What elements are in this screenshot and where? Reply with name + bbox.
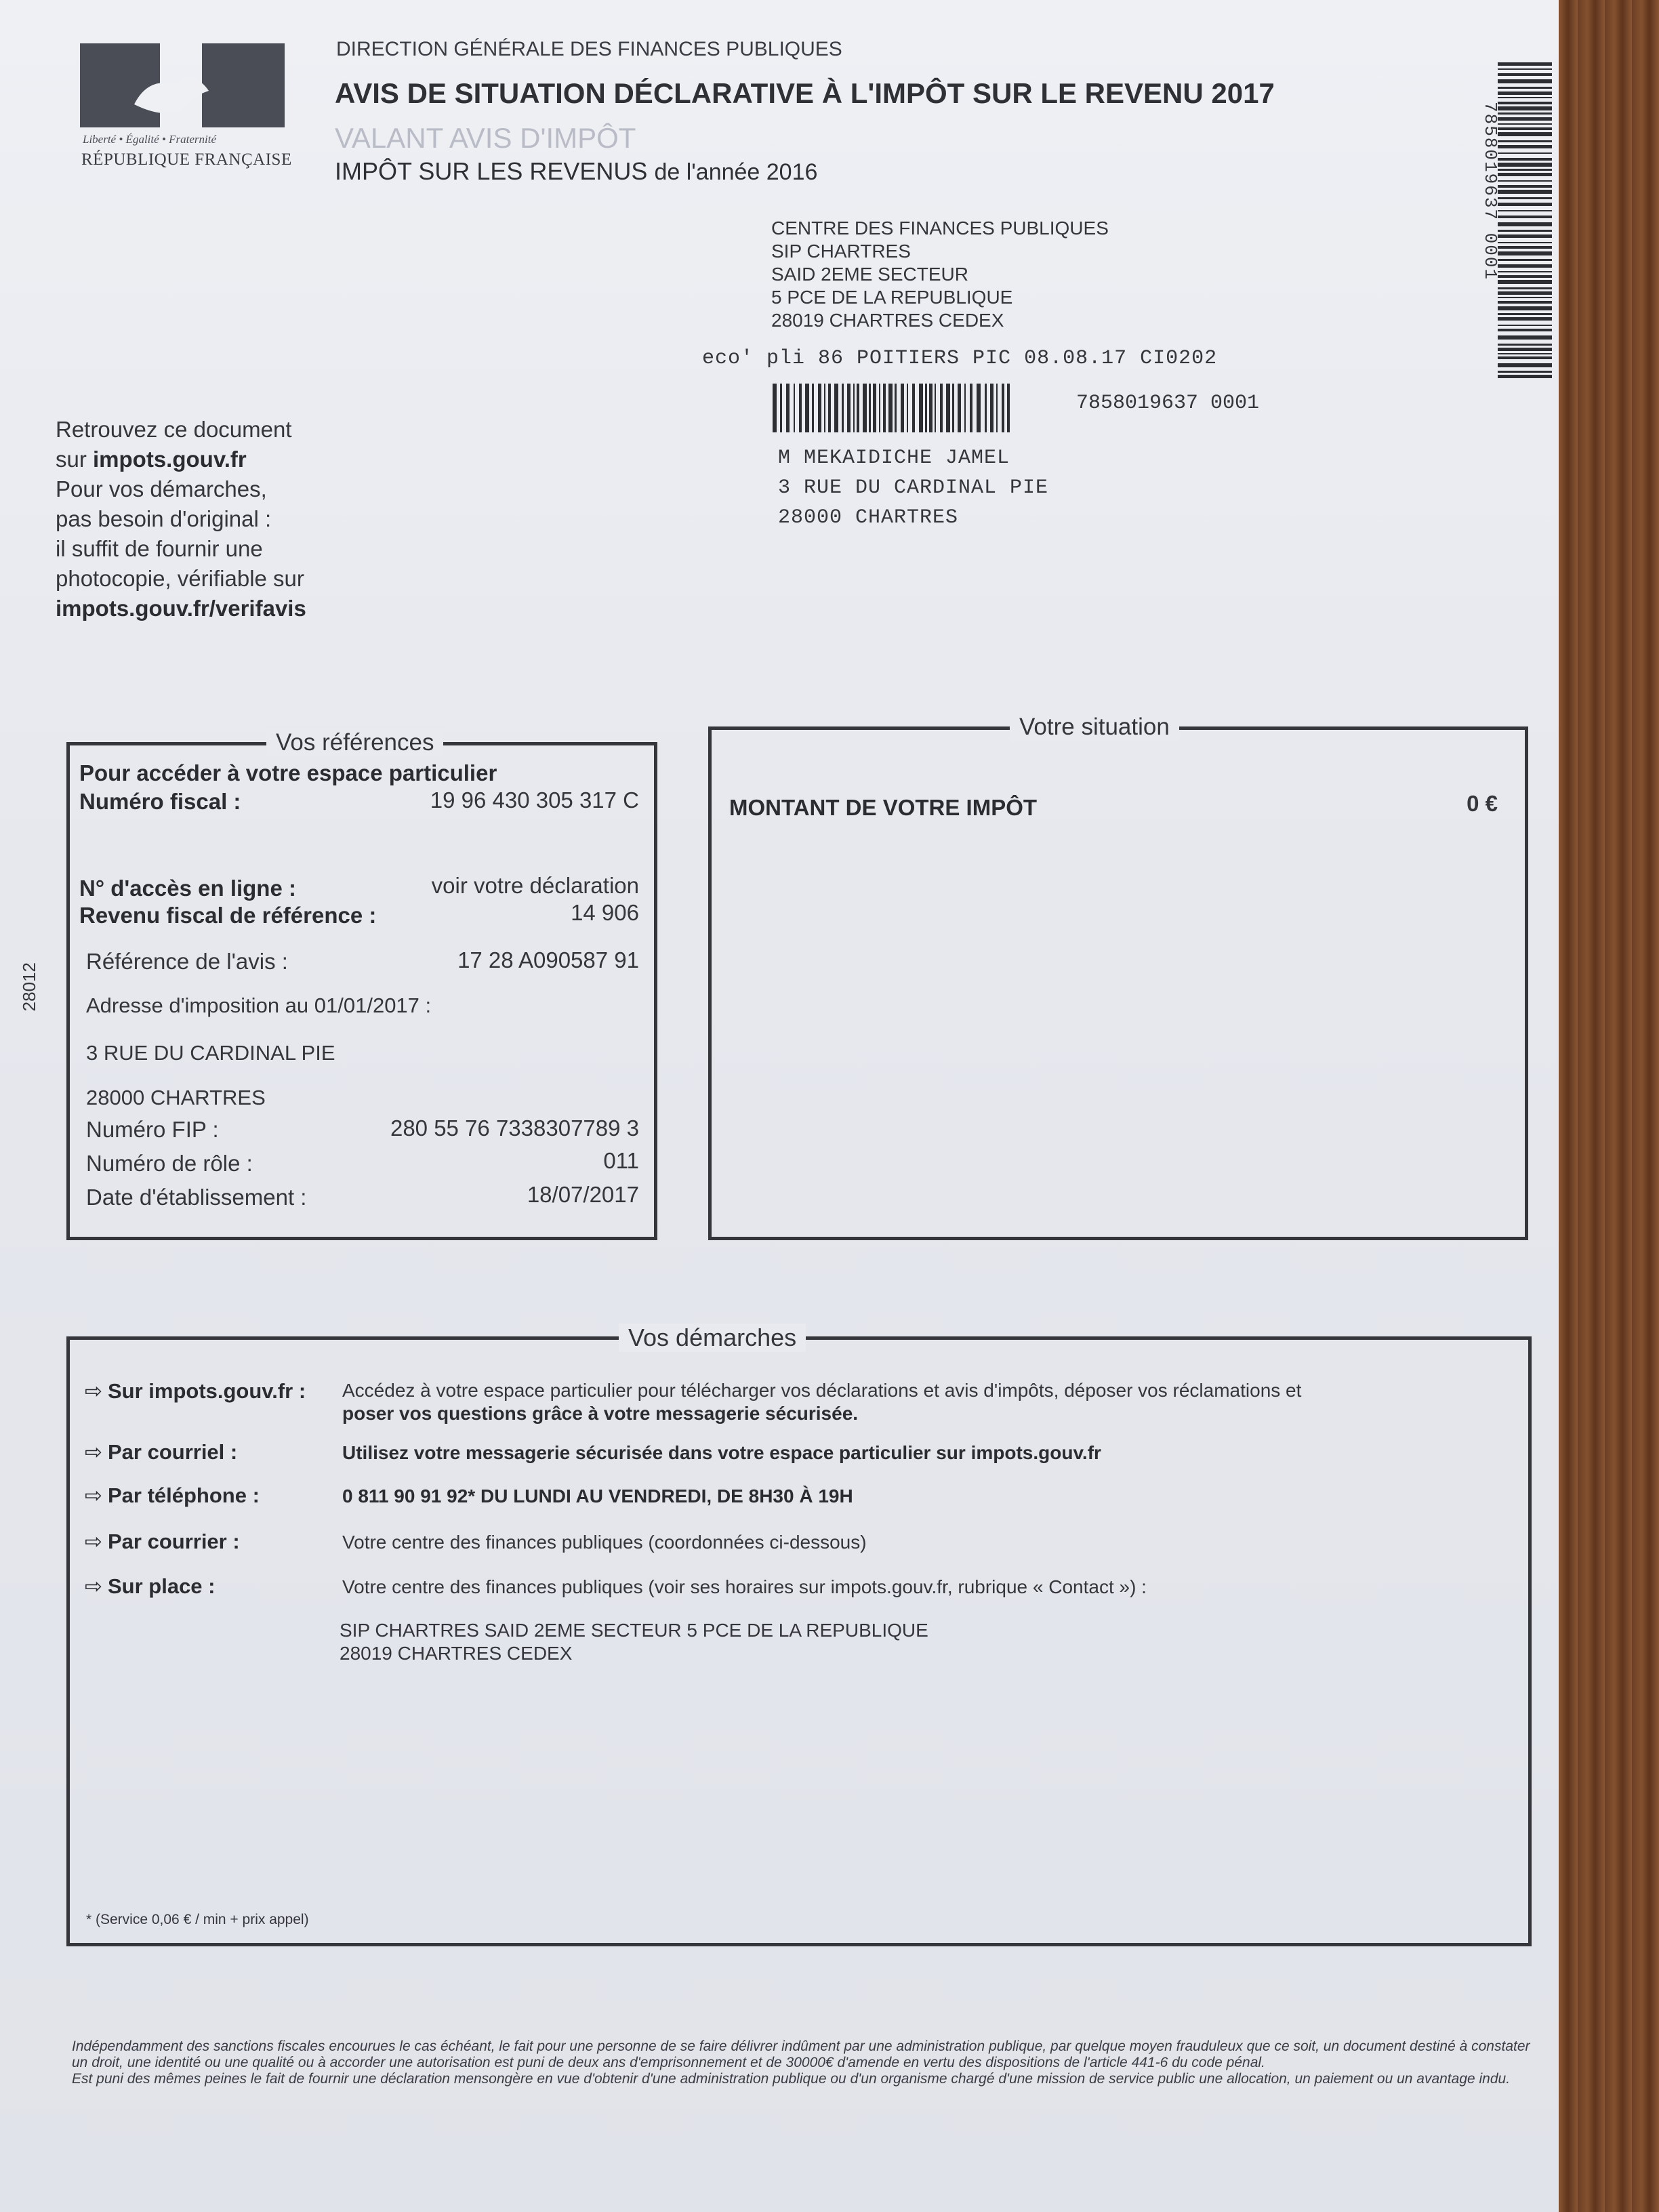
sender-line: CENTRE DES FINANCES PUBLIQUES <box>771 217 1109 240</box>
notice-ref-value: 17 28 A090587 91 <box>457 947 639 973</box>
procedure-text-email: Utilisez votre messagerie sécurisée dans… <box>342 1441 1494 1465</box>
date-label: Date d'établissement : <box>86 1185 306 1210</box>
legal-paragraph: Est puni des mêmes peines le fait de fou… <box>72 2071 1542 2087</box>
procedure-label-text: Par téléphone : <box>108 1483 260 1507</box>
side-code: 28012 <box>19 962 40 1011</box>
date-value: 18/07/2017 <box>527 1182 639 1208</box>
barcode-number: 7858019637 0001 <box>1076 392 1259 415</box>
recipient-address: M MEKAIDICHE JAMEL 3 RUE DU CARDINAL PIE… <box>778 443 1048 533</box>
verifavis-link[interactable]: impots.gouv.fr/verifavis <box>56 596 306 621</box>
procedures-box: Vos démarches ⇨Sur impots.gouv.fr : Accé… <box>66 1336 1532 1946</box>
procedure-text-website: Accédez à votre espace particulier pour … <box>342 1379 1494 1425</box>
sender-line: SAID 2EME SECTEUR <box>771 263 1109 286</box>
online-document-note: Retrouvez ce document sur impots.gouv.fr… <box>56 415 306 623</box>
procedure-label-text: Sur impots.gouv.fr : <box>108 1379 306 1403</box>
arrow-right-icon: ⇨ <box>85 1530 102 1553</box>
fiscal-number-value: 19 96 430 305 317 C <box>430 787 639 813</box>
rfr-value: 14 906 <box>571 900 639 926</box>
revenue-year-suffix: de l'année 2016 <box>654 159 817 185</box>
address-line1: 3 RUE DU CARDINAL PIE <box>86 1041 335 1065</box>
logo-republic: RÉPUBLIQUE FRANÇAISE <box>81 150 292 169</box>
references-box: Vos références Pour accéder à votre espa… <box>66 742 657 1240</box>
vertical-barcode <box>1498 62 1552 381</box>
procedure-text-bold: poser vos questions grâce à votre messag… <box>342 1402 1494 1425</box>
tax-amount-label: MONTANT DE VOTRE IMPÔT <box>729 795 1037 821</box>
online-access-value: voir votre déclaration <box>432 873 639 899</box>
onsite-address: SIP CHARTRES SAID 2EME SECTEUR 5 PCE DE … <box>340 1619 1492 1665</box>
fiscal-number-label: Numéro fiscal : <box>79 789 241 815</box>
note-text: sur <box>56 447 93 472</box>
recipient-city: 28000 CHARTRES <box>778 503 1048 533</box>
situation-box: Votre situation MONTANT DE VOTRE IMPÔT 0… <box>708 726 1528 1240</box>
marianne-profile-icon <box>121 57 256 118</box>
document-subtitle: VALANT AVIS D'IMPÔT <box>335 122 636 155</box>
sender-line: 28019 CHARTRES CEDEX <box>771 309 1109 332</box>
procedure-text-phone: 0 811 90 91 92* DU LUNDI AU VENDREDI, DE… <box>342 1485 1494 1508</box>
marianne-logo <box>80 43 285 127</box>
procedure-label-phone: ⇨Par téléphone : <box>85 1483 260 1508</box>
arrow-right-icon: ⇨ <box>85 1574 102 1598</box>
postal-barcode <box>773 384 1010 432</box>
logo-motto: Liberté • Égalité • Fraternité <box>83 133 216 146</box>
references-legend: Vos références <box>266 729 443 756</box>
revenue-year: IMPÔT SUR LES REVENUS de l'année 2016 <box>335 157 817 186</box>
procedure-text-onsite: Votre centre des finances publiques (voi… <box>342 1576 1494 1599</box>
arrow-right-icon: ⇨ <box>85 1440 102 1464</box>
rfr-label: Revenu fiscal de référence : <box>79 903 376 928</box>
impots-gouv-link[interactable]: impots.gouv.fr <box>93 447 247 472</box>
procedure-label-text: Par courrier : <box>108 1530 240 1553</box>
role-value: 011 <box>603 1148 639 1174</box>
address-line2: 28000 CHARTRES <box>86 1086 266 1110</box>
onsite-address-line1: SIP CHARTRES SAID 2EME SECTEUR 5 PCE DE … <box>340 1619 1492 1642</box>
tax-amount-value: 0 € <box>1467 791 1498 817</box>
recipient-street: 3 RUE DU CARDINAL PIE <box>778 473 1048 503</box>
situation-legend: Votre situation <box>1010 714 1179 741</box>
arrow-right-icon: ⇨ <box>85 1483 102 1507</box>
arrow-right-icon: ⇨ <box>85 1379 102 1403</box>
vertical-barcode-number: 7858019637 0001 <box>1480 102 1500 281</box>
procedures-legend: Vos démarches <box>619 1324 806 1352</box>
phone-cost-footnote: * (Service 0,06 € / min + prix appel) <box>86 1912 309 1928</box>
address-label: Adresse d'imposition au 01/01/2017 : <box>86 994 431 1018</box>
note-line: Retrouvez ce document <box>56 415 306 445</box>
document-title: AVIS DE SITUATION DÉCLARATIVE À L'IMPÔT … <box>335 77 1275 110</box>
procedure-text-mail: Votre centre des finances publiques (coo… <box>342 1531 1494 1554</box>
sender-line: SIP CHARTRES <box>771 240 1109 263</box>
procedure-label-email: ⇨Par courriel : <box>85 1440 237 1465</box>
sender-address: CENTRE DES FINANCES PUBLIQUES SIP CHARTR… <box>771 217 1109 332</box>
note-line: pas besoin d'original : <box>56 504 306 534</box>
procedure-label-text: Sur place : <box>108 1574 216 1598</box>
notice-ref-label: Référence de l'avis : <box>86 949 288 975</box>
postal-franking-line: eco' pli 86 POITIERS PIC 08.08.17 CI0202 <box>702 347 1217 370</box>
onsite-address-line2: 28019 CHARTRES CEDEX <box>340 1642 1492 1665</box>
fip-value: 280 55 76 7338307789 3 <box>390 1115 639 1141</box>
online-access-label: N° d'accès en ligne : <box>79 876 296 901</box>
note-line: sur impots.gouv.fr <box>56 445 306 474</box>
role-label: Numéro de rôle : <box>86 1151 253 1176</box>
wooden-table-background <box>1551 0 1659 2212</box>
procedure-text: Accédez à votre espace particulier pour … <box>342 1379 1494 1402</box>
access-heading: Pour accéder à votre espace particulier <box>79 760 497 786</box>
note-line: Pour vos démarches, <box>56 474 306 504</box>
procedure-label-text: Par courriel : <box>108 1440 237 1464</box>
sender-line: 5 PCE DE LA REPUBLIQUE <box>771 286 1109 309</box>
fip-label: Numéro FIP : <box>86 1117 219 1143</box>
note-line: photocopie, vérifiable sur <box>56 564 306 594</box>
note-line: il suffit de fournir une <box>56 534 306 564</box>
department-name: DIRECTION GÉNÉRALE DES FINANCES PUBLIQUE… <box>336 38 842 61</box>
revenue-year-prefix: IMPÔT SUR LES REVENUS <box>335 157 647 185</box>
legal-paragraph: Indépendamment des sanctions fiscales en… <box>72 2039 1542 2071</box>
procedure-label-onsite: ⇨Sur place : <box>85 1574 215 1599</box>
legal-notice: Indépendamment des sanctions fiscales en… <box>72 2039 1542 2087</box>
tax-notice-document: Liberté • Égalité • Fraternité RÉPUBLIQU… <box>0 0 1559 2212</box>
procedure-label-website: ⇨Sur impots.gouv.fr : <box>85 1379 306 1404</box>
recipient-name: M MEKAIDICHE JAMEL <box>778 443 1048 473</box>
procedure-label-mail: ⇨Par courrier : <box>85 1530 240 1554</box>
